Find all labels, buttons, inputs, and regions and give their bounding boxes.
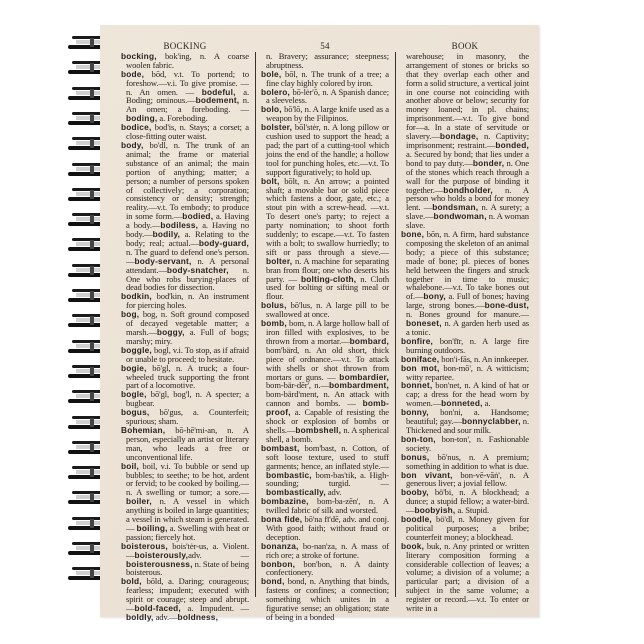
headword: bondwoman,	[434, 211, 487, 221]
dictionary-entry: n. Bravery; assurance; steepness; abrupt…	[261, 52, 389, 70]
dictionary-entry: bond, bond, n. Anything that binds, fast…	[261, 577, 389, 622]
dictionary-entry: bole, bōl, n. The trunk of a tree; a fin…	[261, 70, 389, 88]
dictionary-entry: bon-ton, bon-ton', n. Fashionable societ…	[401, 435, 529, 453]
definition-text: bond, n. Anything that binds, fastens or…	[266, 576, 389, 622]
dictionary-entry: bogle, bō'gl, bog'l, n. A specter; a bug…	[121, 390, 249, 408]
dictionary-entry: bon vivant, bon-vē-vāṅ', n. A generous l…	[401, 471, 529, 489]
column-divider	[255, 52, 256, 597]
dictionary-entry: boil, boil, v.i. To bubble or send up bu…	[121, 462, 249, 542]
dictionary-entry: bodkin, bod'kin, n. An instrument for pi…	[121, 292, 249, 310]
dictionary-entry: bonny, bon'ni, a. Handsome; beautiful; g…	[401, 408, 529, 435]
dictionary-entry: bon mot, bon-mō', n. A witticism; witty …	[401, 364, 529, 382]
dictionary-page: BOCKING bocking, bok'ing, n. A coarse wo…	[121, 42, 525, 602]
definition-text: boil, v.i. To bubble or send up bubbles;…	[126, 461, 249, 498]
dictionary-entry: bombast, bom'bast, n. Cotton, of soft lo…	[261, 444, 389, 497]
definition-text: warehouse; in masonry, the arrangement o…	[406, 51, 529, 141]
dictionary-entry: boggle, bogl, v.i. To stop, as if afraid…	[121, 346, 249, 364]
definition-text: bōl'stėr, n. A long pillow or cushion us…	[266, 122, 389, 177]
dictionary-entry: bolster, bōl'stėr, n. A long pillow or c…	[261, 123, 389, 176]
dictionary-entry: bode, bōd, v.t. To portend; to foreshow.…	[121, 70, 249, 123]
dictionary-entry: bodice, bod'is, n. Stays; a corset; a cl…	[121, 123, 249, 141]
headword: boldness,	[178, 612, 219, 622]
headword: boldly,	[126, 612, 154, 622]
dictionary-entry: bogus, bō'gus, a. Counterfeit; spurious;…	[121, 408, 249, 426]
dictionary-entry: bone, bōn, n. A firm, hard substance com…	[401, 230, 529, 337]
dictionary-entry: bona fide, bō'na fī'dē, adv. and conj. W…	[261, 515, 389, 542]
guide-word-left: BOCKING	[121, 42, 249, 51]
dictionary-entry: boisterous, bois'tėr-us, a. Violent.—boi…	[121, 542, 249, 578]
dictionary-entry: bonfire, bon'fīr, n. A large fire burnin…	[401, 337, 529, 355]
dictionary-entry: bolo, bō'lō, n. A large knife used as a …	[261, 105, 389, 123]
definition-text: bo'dl, n. The trunk of an animal; the fr…	[126, 140, 249, 221]
guide-word-right: BOOK	[401, 42, 529, 51]
definition-text: n. Bravery; assurance; steepness; abrupt…	[266, 51, 389, 70]
dictionary-entry: bonbon, bon'bon, n. A dainty confectione…	[261, 560, 389, 578]
dictionary-entry: booby, bö'bi, n. A blockhead; a dunce; a…	[401, 488, 529, 515]
dictionary-entry: bolero, bō-lėr'ō, n. A Spanish dance; a …	[261, 88, 389, 106]
dictionary-entry: bonus, bō'nus, n. A premium; something i…	[401, 453, 529, 471]
definition-text: buk, n. Any printed or written literary …	[406, 541, 529, 613]
dictionary-entry: book, buk, n. Any printed or written lit…	[401, 542, 529, 613]
dictionary-entry: bomb, bom, n. A large hollow ball of iro…	[261, 319, 389, 444]
column-right: BOOK warehouse; in masonry, the arrangem…	[401, 42, 529, 613]
dictionary-entry: bolt, bōlt, n. An arrow; a pointed shaft…	[261, 177, 389, 302]
dictionary-entry: Bohemian, bō-hē'mi-an, n. A person, espe…	[121, 426, 249, 462]
dictionary-entry: bocking, bok'ing, n. A coarse woolen fab…	[121, 52, 249, 70]
dictionary-entry: bog, bog, n. Soft ground composed of dec…	[121, 310, 249, 346]
notebook: BOCKING bocking, bok'ing, n. A coarse wo…	[100, 25, 539, 617]
dictionary-entry: body, bo'dl, n. The trunk of an animal; …	[121, 141, 249, 292]
dictionary-entry: bonnet, bon'net, n. A kind of hat or cap…	[401, 381, 529, 408]
dictionary-entry: bolus, bō'lus, n. A large pill to be swa…	[261, 301, 389, 319]
definition-text: adv.—	[154, 612, 178, 622]
page-number: 54	[261, 42, 389, 51]
dictionary-entry: bold, bōld, a. Daring; courageous; fearl…	[121, 577, 249, 622]
dictionary-entry: warehouse; in masonry, the arrangement o…	[401, 52, 529, 230]
definition-text: bōl, n. The trunk of a tree; a fine clay…	[266, 69, 389, 88]
column-divider	[395, 52, 396, 597]
dictionary-entry: boodle, bö'dl, n. Money given for politi…	[401, 515, 529, 542]
column-middle: 54 n. Bravery; assurance; steepness; abr…	[261, 42, 389, 622]
definition-text: bō'lō, n. A large knife used as a weapon…	[266, 104, 389, 123]
column-left: BOCKING bocking, bok'ing, n. A coarse wo…	[121, 42, 249, 622]
definition-text: bōlt, n. An arrow; a pointed shaft; a mo…	[266, 176, 389, 257]
dictionary-entry: bogie, bō'gl, n. A truck; a four-wheeled…	[121, 364, 249, 391]
dictionary-entry: bonanza, bo-nan'za, n. A mass of rich or…	[261, 542, 389, 560]
dictionary-entry: bombazine, bom-ba-zēn', n. A twilled fab…	[261, 497, 389, 515]
